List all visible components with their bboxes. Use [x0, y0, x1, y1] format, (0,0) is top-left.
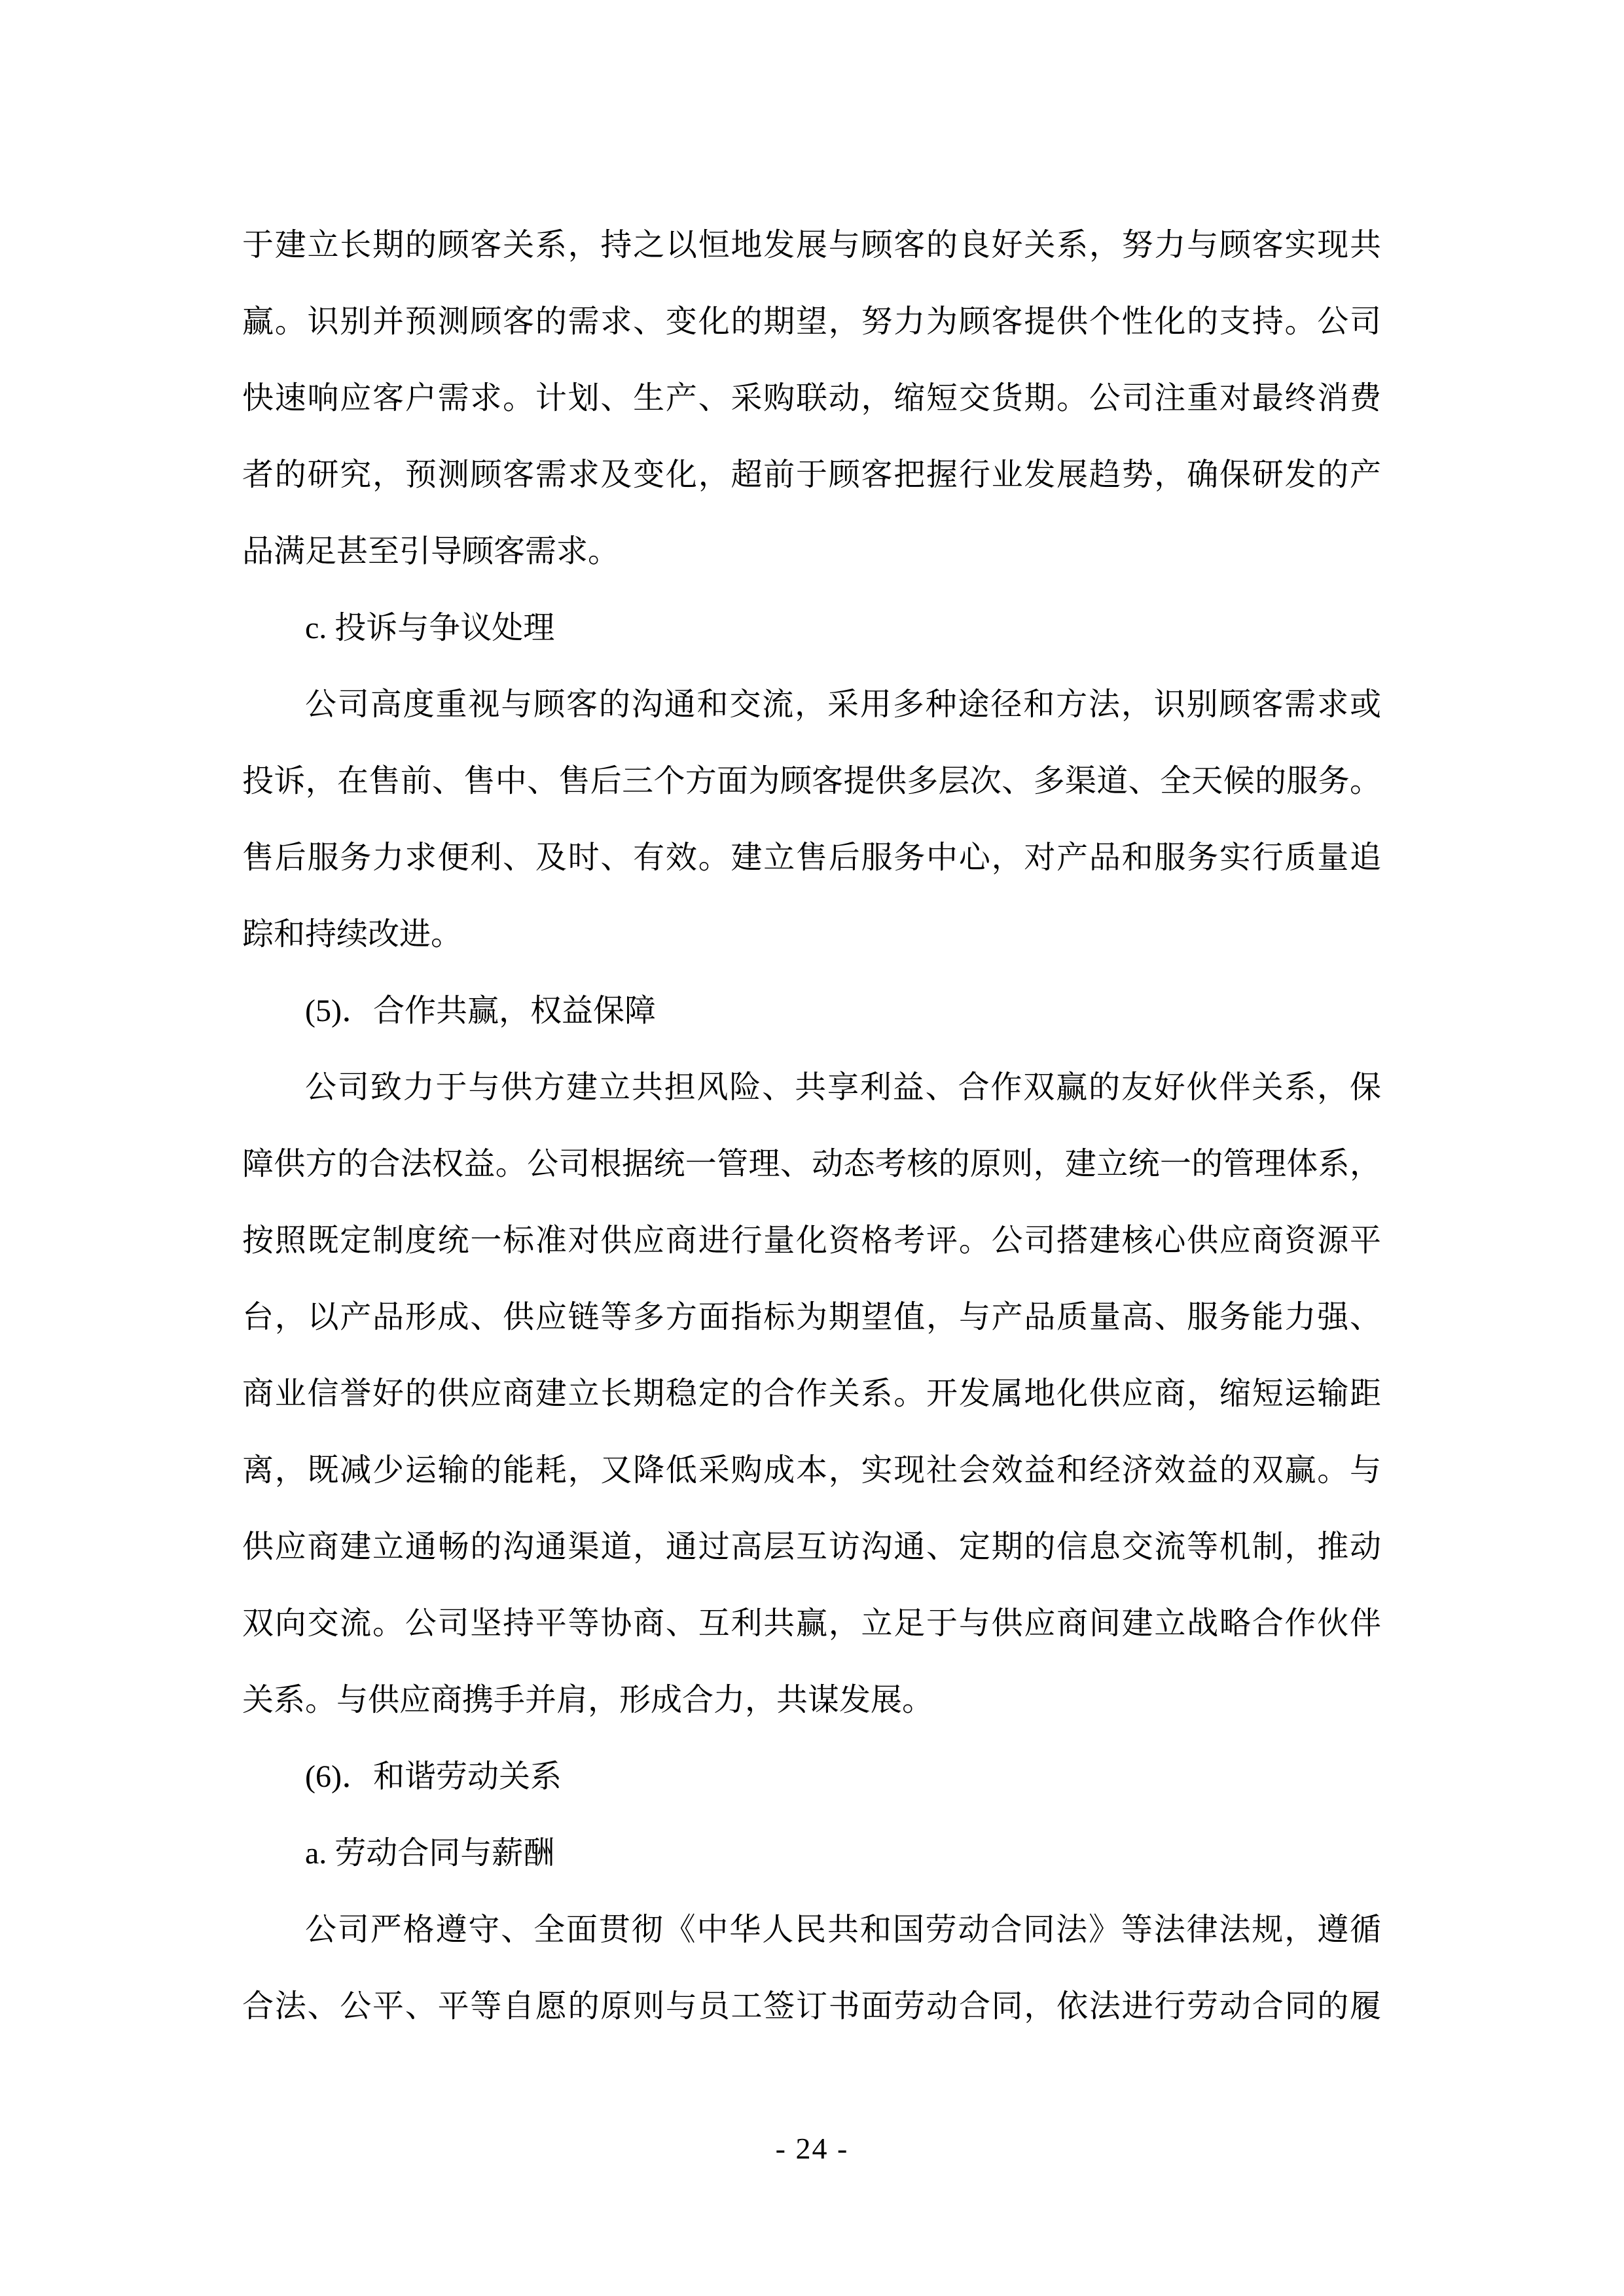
document-page: 于建立长期的顾客关系，持之以恒地发展与顾客的良好关系，努力与顾客实现共赢。识别并… [0, 0, 1624, 2296]
text-line: 公司严格遵守、全面贯彻《中华人民共和国劳动合同法》等法律法规，遵循 [242, 1892, 1381, 1968]
text-line: 离，既减少运输的能耗，又降低采购成本，实现社会效益和经济效益的双赢。与 [242, 1432, 1381, 1509]
body-text: 于建立长期的顾客关系，持之以恒地发展与顾客的良好关系，努力与顾客实现共赢。识别并… [242, 207, 1381, 2045]
text-line: 关系。与供应商携手并肩，形成合力，共谋发展。 [242, 1662, 1381, 1738]
text-line: 于建立长期的顾客关系，持之以恒地发展与顾客的良好关系，努力与顾客实现共 [242, 207, 1381, 283]
text-line: (6)．和谐劳动关系 [242, 1738, 1381, 1815]
text-line: 赢。识别并预测顾客的需求、变化的期望，努力为顾客提供个性化的支持。公司 [242, 283, 1381, 360]
text-line: 公司高度重视与顾客的沟通和交流，采用多种途径和方法，识别顾客需求或 [242, 666, 1381, 743]
text-line: 投诉，在售前、售中、售后三个方面为顾客提供多层次、多渠道、全天候的服务。 [242, 743, 1381, 819]
text-line: 品满足甚至引导顾客需求。 [242, 513, 1381, 590]
page-footer: - 24 - [0, 2129, 1624, 2168]
text-line: 按照既定制度统一标准对供应商进行量化资格考评。公司搭建核心供应商资源平 [242, 1202, 1381, 1279]
text-line: 踪和持续改进。 [242, 896, 1381, 973]
text-line: 合法、公平、平等自愿的原则与员工签订书面劳动合同，依法进行劳动合同的履 [242, 1968, 1381, 2045]
page-number: - 24 - [776, 2132, 849, 2165]
text-line: 者的研究，预测顾客需求及变化，超前于顾客把握行业发展趋势，确保研发的产 [242, 437, 1381, 513]
text-line: 双向交流。公司坚持平等协商、互利共赢，立足于与供应商间建立战略合作伙伴 [242, 1585, 1381, 1662]
text-line: 供应商建立通畅的沟通渠道，通过高层互访沟通、定期的信息交流等机制，推动 [242, 1509, 1381, 1585]
text-line: a. 劳动合同与薪酬 [242, 1815, 1381, 1892]
text-line: (5)．合作共赢，权益保障 [242, 973, 1381, 1049]
text-line: 售后服务力求便利、及时、有效。建立售后服务中心，对产品和服务实行质量追 [242, 819, 1381, 896]
text-line: 商业信誉好的供应商建立长期稳定的合作关系。开发属地化供应商，缩短运输距 [242, 1355, 1381, 1432]
text-line: 障供方的合法权益。公司根据统一管理、动态考核的原则，建立统一的管理体系， [242, 1126, 1381, 1202]
text-line: 公司致力于与供方建立共担风险、共享利益、合作双赢的友好伙伴关系，保 [242, 1049, 1381, 1126]
text-line: 快速响应客户需求。计划、生产、采购联动，缩短交货期。公司注重对最终消费 [242, 360, 1381, 437]
text-line: 台，以产品形成、供应链等多方面指标为期望值，与产品质量高、服务能力强、 [242, 1279, 1381, 1355]
text-line: c. 投诉与争议处理 [242, 590, 1381, 666]
